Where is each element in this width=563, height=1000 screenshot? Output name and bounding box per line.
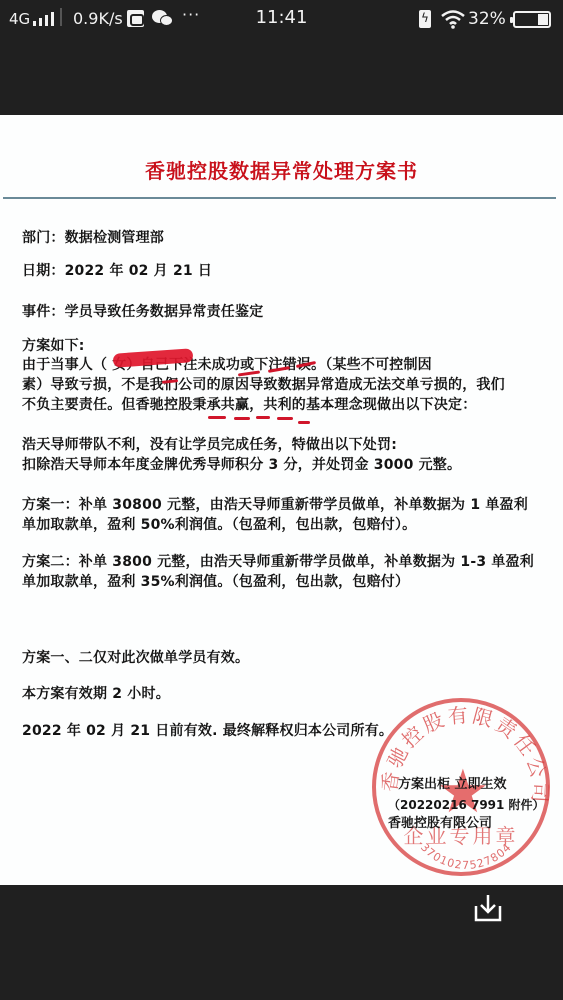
battery-percent: 32% (468, 9, 506, 29)
document-title: 香驰控股数据异常处理方案书 (0, 155, 563, 184)
penalty-line: 扣除浩天导师本年度金牌优秀导师积分 3 分，并处罚金 3000 元整。 (22, 455, 461, 475)
validity-period: 本方案有效期 2 小时。 (22, 684, 170, 704)
company-stamp: 香驰控股有限责任公司 3701027527804 ★ 企业专用章 方案出柜 立即… (372, 698, 550, 876)
option1-line: 单加取款单，盈利 50%利润值。（包盈利，包出款，包赔付）。 (22, 515, 416, 535)
battery-icon (513, 11, 551, 28)
paragraph-line: 素）导致亏损，不是我们公司的原因导致数据异常造成无法交单亏损的，我们 (22, 375, 505, 395)
red-underline (234, 417, 250, 420)
wifi-icon (440, 8, 466, 30)
red-underline (208, 416, 226, 419)
option1-line: 方案一：补单 30800 元整，由浩天导师重新带学员做单，补单数据为 1 单盈利 (22, 495, 528, 515)
department-line: 部门：数据检测管理部 (22, 228, 164, 248)
red-underline (256, 416, 270, 419)
document-image[interactable]: 香驰控股数据异常处理方案书 部门：数据检测管理部 日期：2022 年 02 月 … (0, 115, 563, 885)
paragraph-line: 由于当事人（ 女）自己下注未成功或下注错误。（某些不可控制因 (22, 355, 432, 375)
download-icon[interactable] (472, 892, 504, 924)
paragraph-line: 不负主要责任。但香驰控股秉承共赢，共利的基本理念现做出以下决定： (22, 395, 476, 415)
validity-scope: 方案一、二仅对此次做单学员有效。 (22, 648, 249, 668)
stamp-line: 香驰控股有限公司 (388, 815, 492, 833)
event-line: 事件：学员导致任务数据异常责任鉴定 (22, 302, 263, 322)
status-bar: 4G 0.9K/s ··· 11:41 32% (0, 0, 563, 38)
plan-heading: 方案如下: (22, 336, 85, 356)
title-divider (3, 197, 556, 199)
red-underline (277, 417, 293, 420)
screen: 4G 0.9K/s ··· 11:41 32% 香驰控股数据异常处理方案书 部门… (0, 0, 563, 1000)
stamp-line: （20220216 7991 附件） (388, 796, 545, 814)
penalty-line: 浩天导师带队不利，没有让学员完成任务，特做出以下处罚: (22, 435, 397, 455)
red-underline (298, 421, 310, 424)
option2-line: 单加取款单，盈利 35%利润值。（包盈利，包出款，包赔付） (22, 572, 409, 592)
option2-line: 方案二：补单 3800 元整，由浩天导师重新带学员做单，补单数据为 1-3 单盈… (22, 552, 534, 572)
charging-icon (419, 10, 431, 28)
date-line: 日期：2022 年 02 月 21 日 (22, 261, 212, 281)
stamp-line: 方案出柜 立即生效 (398, 776, 507, 794)
final-note: 2022 年 02 月 21 日前有效. 最终解释权归本公司所有。 (22, 721, 393, 741)
